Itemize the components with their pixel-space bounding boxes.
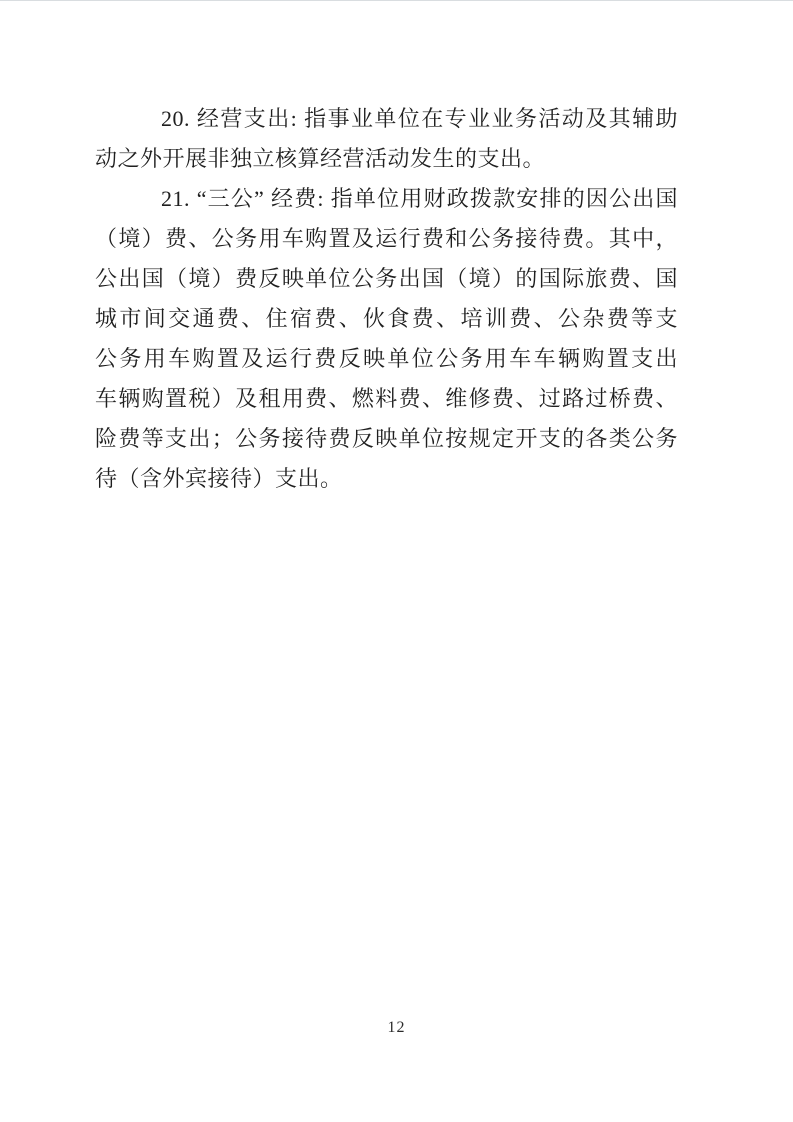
text-line: 20. 经营支出: 指事业单位在专业业务活动及其辅助活 — [95, 99, 678, 139]
text-line: 公出国（境）费反映单位公务出国（境）的国际旅费、国外 — [95, 259, 678, 299]
text-line: 动之外开展非独立核算经营活动发生的支出。 — [95, 139, 678, 179]
text-line: 险费等支出；公务接待费反映单位按规定开支的各类公务接 — [95, 419, 678, 459]
text-block: 20. 经营支出: 指事业单位在专业业务活动及其辅助活 动之外开展非独立核算经营… — [95, 99, 678, 499]
paragraph-item-20: 20. 经营支出: 指事业单位在专业业务活动及其辅助活 动之外开展非独立核算经营… — [95, 99, 678, 179]
text-line: 城市间交通费、住宿费、伙食费、培训费、公杂费等支出； — [95, 299, 678, 339]
page-number: 12 — [0, 1019, 793, 1037]
text-line: 公务用车购置及运行费反映单位公务用车车辆购置支出（含 — [95, 339, 678, 379]
paragraph-item-21: 21. “三公” 经费: 指单位用财政拨款安排的因公出国 （境）费、公务用车购置… — [95, 179, 678, 499]
page-top-edge-line — [0, 0, 793, 1]
text-line: （境）费、公务用车购置及运行费和公务接待费。其中，因 — [95, 219, 678, 259]
document-page: 20. 经营支出: 指事业单位在专业业务活动及其辅助活 动之外开展非独立核算经营… — [0, 0, 793, 1122]
text-line: 待（含外宾接待）支出。 — [95, 459, 678, 499]
text-line: 21. “三公” 经费: 指单位用财政拨款安排的因公出国 — [95, 179, 678, 219]
text-line: 车辆购置税）及租用费、燃料费、维修费、过路过桥费、保 — [95, 379, 678, 419]
